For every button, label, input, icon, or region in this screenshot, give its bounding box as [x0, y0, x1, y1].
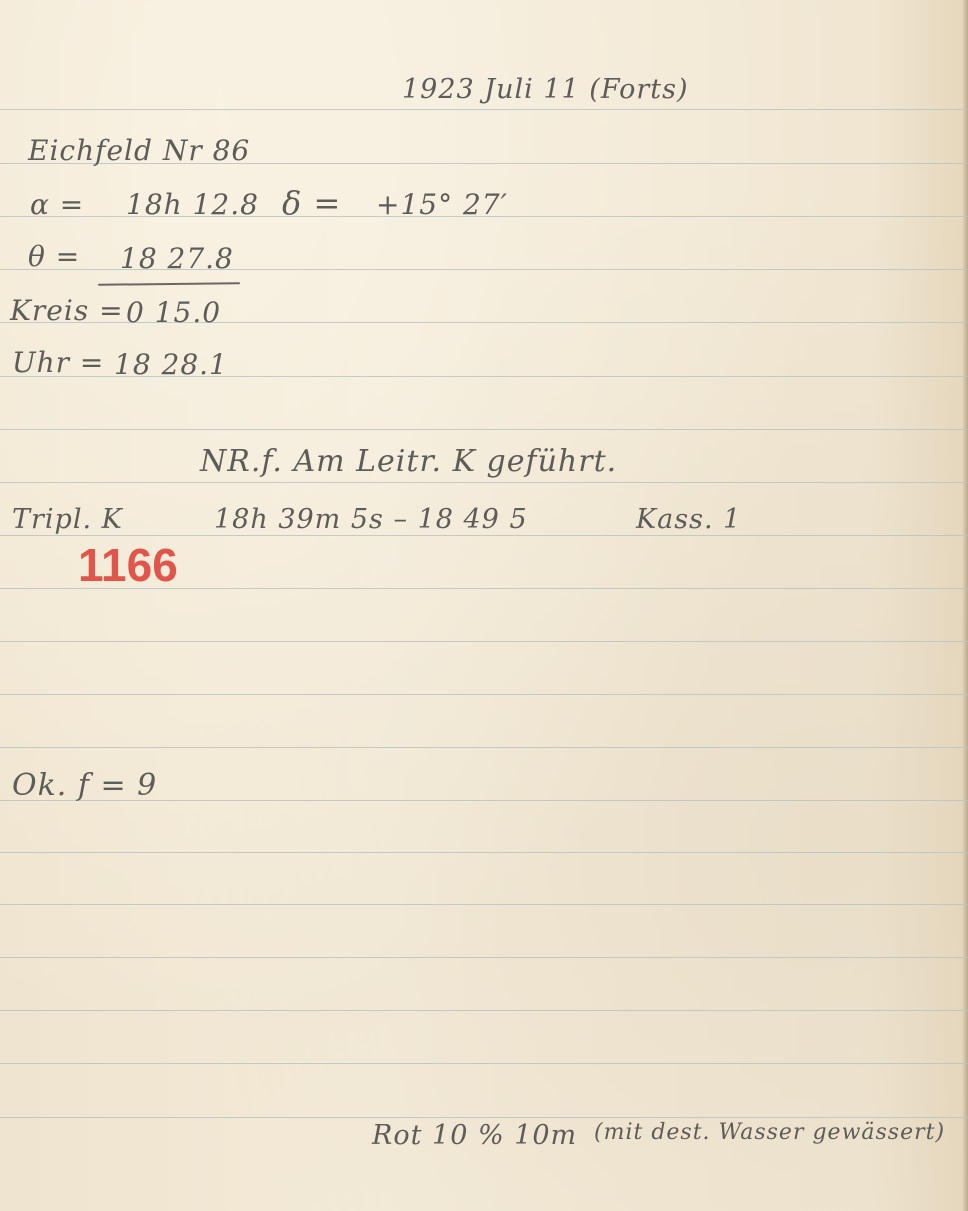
notebook-page: 1923 Juli 11 (Forts) Eichfeld Nr 86 α = … [0, 0, 968, 1211]
developer: Rot 10 % 10m [372, 1120, 577, 1151]
eyepiece: Ok. f = 9 [12, 768, 157, 803]
delta-label: δ = [282, 184, 341, 222]
rule-line [0, 747, 968, 748]
theta-label: θ = [28, 240, 80, 273]
uhr-value: 18 28.1 [114, 348, 228, 381]
rule-line [0, 429, 968, 430]
alpha-label: α = [30, 188, 84, 221]
rule-line [0, 535, 968, 536]
rule-line [0, 1117, 968, 1118]
rule-line [0, 957, 968, 958]
page-edge [962, 0, 968, 1211]
rule-line [0, 482, 968, 483]
development-note: (mit dest. Wasser gewässert) [594, 1120, 945, 1145]
rule-line [0, 694, 968, 695]
rule-line [0, 109, 968, 110]
theta-value: 18 27.8 [120, 242, 234, 275]
object-name: Eichfeld Nr 86 [28, 134, 250, 167]
rule-line [0, 1063, 968, 1064]
rule-line [0, 641, 968, 642]
instrument: Tripl. K [12, 504, 123, 535]
sum-underline [98, 282, 240, 285]
kreis-label: Kreis = [10, 294, 124, 327]
page-date: 1923 Juli 11 (Forts) [402, 74, 689, 105]
rule-line [0, 904, 968, 905]
cassette: Kass. 1 [636, 504, 741, 535]
rule-line [0, 852, 968, 853]
delta-value: +15° 27′ [376, 188, 508, 221]
plate-number: 1166 [78, 538, 178, 592]
uhr-label: Uhr = [12, 346, 104, 379]
alpha-value: 18h 12.8 [126, 188, 259, 221]
kreis-value: 0 15.0 [126, 296, 221, 329]
guiding-note: NR.f. Am Leitr. K geführt. [200, 444, 617, 479]
exposure-time: 18h 39m 5s – 18 49 5 [214, 504, 528, 535]
rule-line [0, 1010, 968, 1011]
